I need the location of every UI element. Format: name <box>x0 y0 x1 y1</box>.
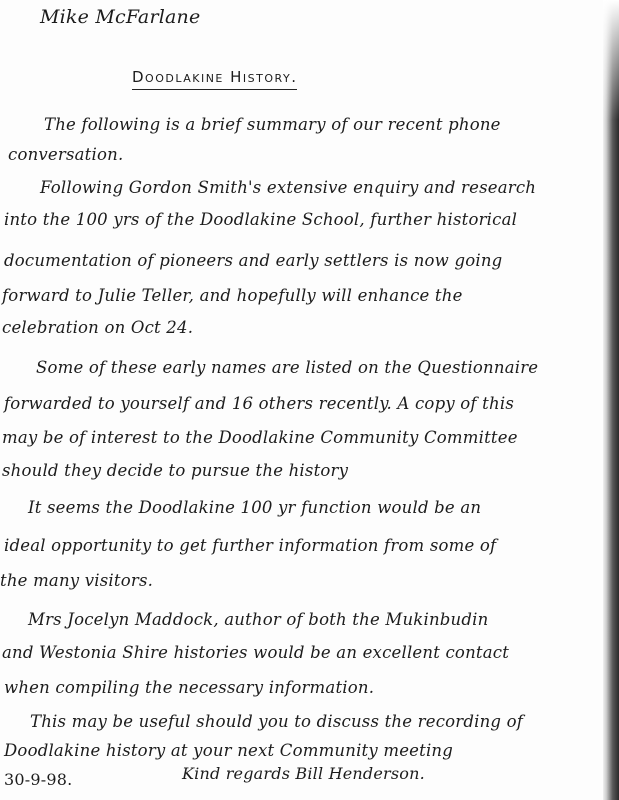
paragraph-3-line-3: may be of interest to the Doodlakine Com… <box>2 430 518 447</box>
paragraph-2-line-3: documentation of pioneers and early sett… <box>4 253 502 270</box>
closing-signature: Kind regards Bill Henderson. <box>182 766 425 782</box>
paragraph-4-line-3: the many visitors. <box>0 573 153 590</box>
paragraph-5-line-1: Mrs Jocelyn Maddock, author of both the … <box>28 612 488 629</box>
paragraph-1-line-2: conversation. <box>8 147 123 164</box>
paragraph-2-line-5: celebration on Oct 24. <box>2 320 193 337</box>
paragraph-4-line-2: ideal opportunity to get further informa… <box>4 538 496 555</box>
paragraph-2-line-1: Following Gordon Smith's extensive enqui… <box>40 180 536 197</box>
paragraph-2-line-2: into the 100 yrs of the Doodlakine Schoo… <box>4 212 517 229</box>
paragraph-5-line-3: when compiling the necessary information… <box>4 680 374 697</box>
paragraph-6-line-1: This may be useful should you to discuss… <box>30 714 523 731</box>
paragraph-2-line-4: forward to Julie Teller, and hopefully w… <box>2 288 463 305</box>
paragraph-1-line-1: The following is a brief summary of our … <box>44 117 501 134</box>
paragraph-3-line-1: Some of these early names are listed on … <box>36 360 538 377</box>
paragraph-4-line-1: It seems the Doodlakine 100 yr function … <box>28 500 481 517</box>
paragraph-3-line-2: forwarded to yourself and 16 others rece… <box>4 396 514 413</box>
page-edge-highlight <box>603 0 619 120</box>
paragraph-5-line-2: and Westonia Shire histories would be an… <box>2 645 509 662</box>
paragraph-3-line-4: should they decide to pursue the history <box>2 463 348 480</box>
letter-date: 30-9-98. <box>4 772 72 788</box>
letter-page: Mike McFarlane Doodlakine History. The f… <box>0 0 604 800</box>
page-edge-shadow <box>603 0 619 800</box>
addressee: Mike McFarlane <box>40 8 200 27</box>
paragraph-6-line-2: Doodlakine history at your next Communit… <box>4 743 453 760</box>
document-title: Doodlakine History. <box>132 70 297 90</box>
